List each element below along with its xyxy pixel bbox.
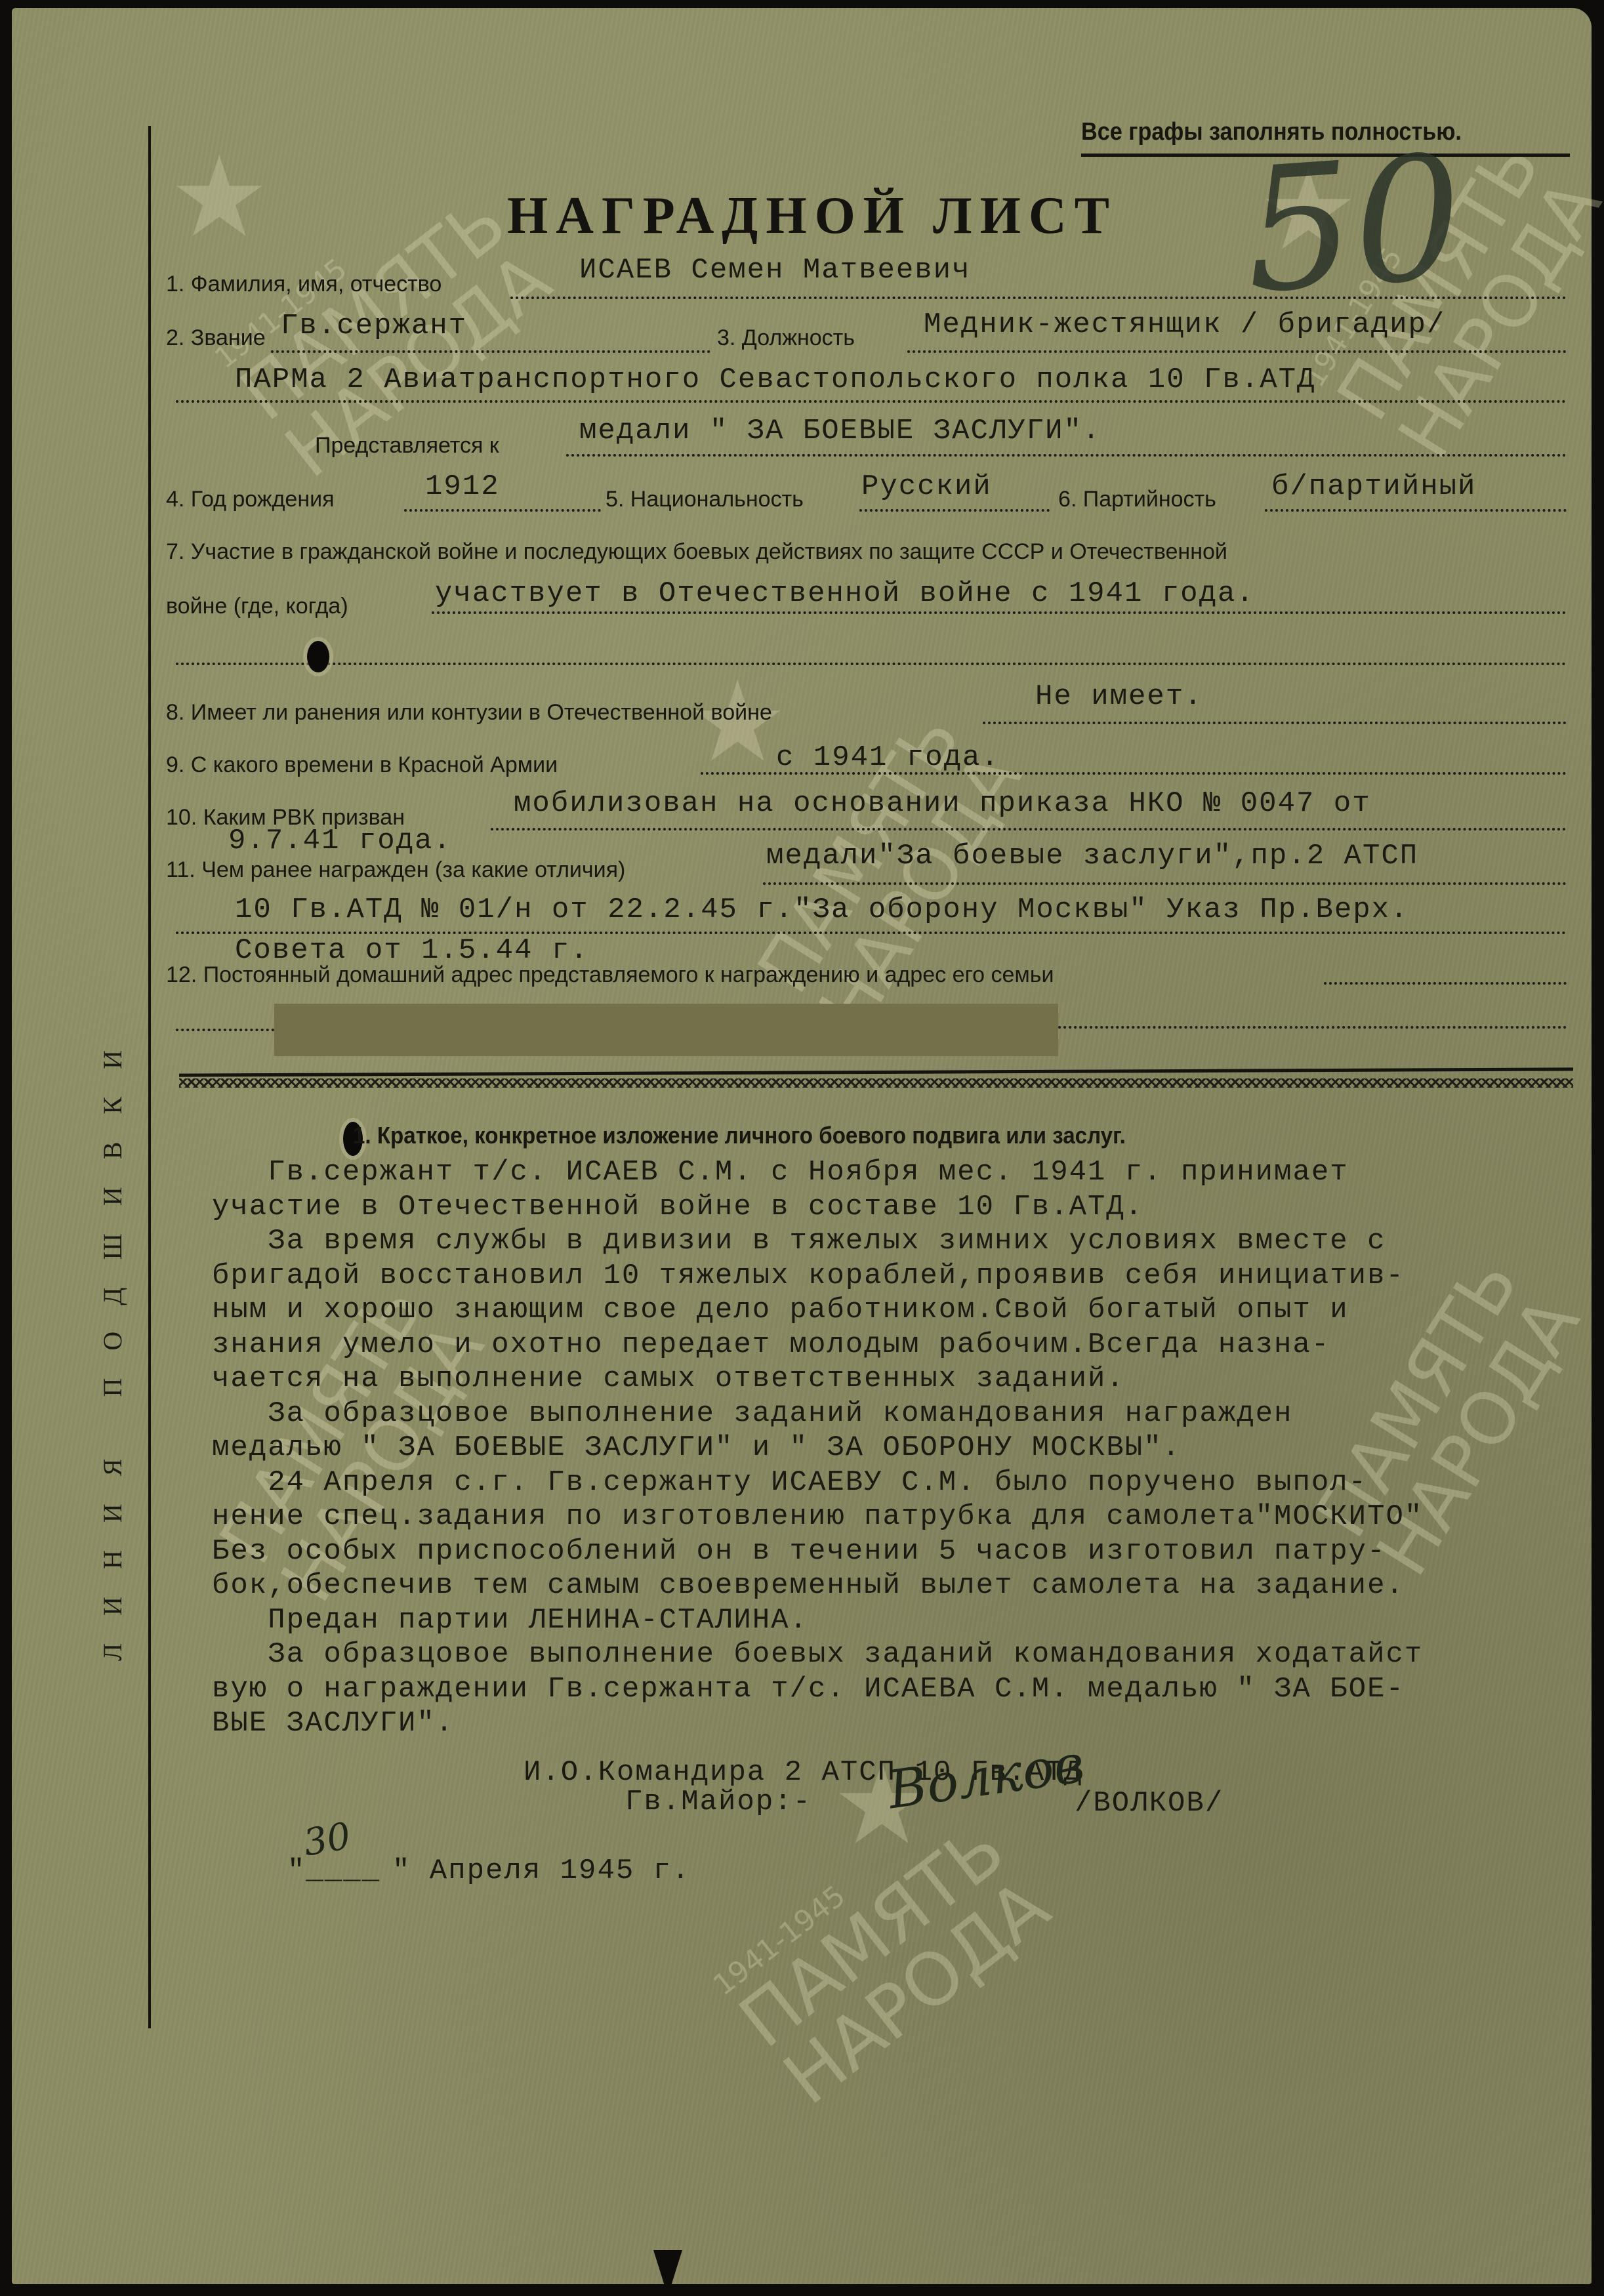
field-name-line bbox=[510, 297, 1567, 299]
field-prior-awards-label: 11. Чем ранее награжден (за какие отличи… bbox=[166, 857, 625, 883]
punch-hole bbox=[307, 641, 329, 672]
page-title: НАГРАДНОЙ ЛИСТ bbox=[507, 186, 1117, 246]
summary-line: 24 Апреля с.г. Гв.сержанту ИСАЕВУ С.М. б… bbox=[212, 1466, 1367, 1499]
field-address-line-2a bbox=[176, 1029, 274, 1031]
summary-line: За время службы в дивизии в тяжелых зимн… bbox=[212, 1225, 1386, 1258]
field-position-line bbox=[907, 350, 1567, 353]
summary-line: ВЫЕ ЗАСЛУГИ". bbox=[212, 1707, 454, 1740]
star-icon: ★ bbox=[169, 133, 269, 262]
signatory-name: /ВОЛКОВ/ bbox=[1075, 1787, 1224, 1820]
field-participation-label: 7. Участие в гражданской войне и последу… bbox=[166, 539, 1227, 565]
field-birth-year-value: 1912 bbox=[425, 470, 500, 503]
summary-line: участие в Отечественной войне в составе … bbox=[212, 1191, 1143, 1223]
field-position-value: Медник-жестянщик / бригадир/ bbox=[924, 308, 1445, 341]
handwritten-number: 50 bbox=[1239, 119, 1469, 331]
summary-line: За образцовое выполнение боевых заданий … bbox=[212, 1638, 1423, 1671]
field-prior-awards-value-cont1: 10 Гв.АТД № 01/н от 22.2.45 г."За оборон… bbox=[235, 893, 1409, 926]
field-position-label: 3. Должность bbox=[717, 325, 855, 351]
summary-line: Предан партии ЛЕНИНА-СТАЛИНА. bbox=[212, 1604, 808, 1637]
field-party-line bbox=[1265, 509, 1567, 512]
summary-line: чается на выполнение самых ответственных… bbox=[212, 1363, 1125, 1395]
paper-tear bbox=[653, 2250, 682, 2296]
field-draft-line bbox=[491, 828, 1567, 830]
summary-line: За образцовое выполнение заданий командо… bbox=[212, 1397, 1292, 1430]
field-prior-awards-value: медали"За боевые заслуги",пр.2 АТСП bbox=[766, 840, 1418, 872]
date-open: "____ bbox=[287, 1855, 380, 1887]
summary-line: Гв.сержант т/с. ИСАЕВ С.М. с Ноября мес.… bbox=[212, 1156, 1349, 1189]
award-sheet-page: ★ 1941-1945 ПАМЯТЬ НАРОДА ★ 1941-1945 ПА… bbox=[12, 8, 1592, 2284]
field-draft-value-cont: 9.7.41 года. bbox=[228, 825, 452, 857]
field-wounds-value: Не имеет. bbox=[1035, 680, 1203, 713]
summary-line: знания умело и охотно передает молодым р… bbox=[212, 1328, 1330, 1361]
field-participation-line-2 bbox=[176, 663, 1567, 665]
field-birth-year-label: 4. Год рождения bbox=[166, 487, 335, 512]
summary-line: бригадой восстановил 10 тяжелых кораблей… bbox=[212, 1260, 1405, 1292]
field-name-value: ИСАЕВ Семен Матвеевич bbox=[579, 254, 971, 287]
date-rest: " Апреля 1945 г. bbox=[392, 1855, 690, 1887]
field-birth-year-line bbox=[404, 509, 601, 512]
field-position-line-2 bbox=[176, 400, 1567, 403]
field-address-label: 12. Постоянный домашний адрес представля… bbox=[166, 962, 1054, 988]
summary-line: бок,обеспечив тем самым своевременный вы… bbox=[212, 1569, 1405, 1602]
field-prior-awards-line bbox=[763, 882, 1567, 885]
field-nationality-label: 5. Национальность bbox=[606, 487, 804, 512]
field-rank-label: 2. Звание bbox=[166, 325, 266, 351]
field-position-value-cont: ПАРМа 2 Авиатранспортного Севастопольско… bbox=[235, 363, 1315, 396]
ornamental-divider bbox=[179, 1078, 1573, 1088]
redacted-address bbox=[274, 1004, 1058, 1056]
summary-line: нение спец.задания по изготовлению патру… bbox=[212, 1500, 1423, 1533]
field-nominated-label: Представляется к bbox=[315, 433, 499, 459]
field-nominated-value: медали " ЗА БОЕВЫЕ ЗАСЛУГИ". bbox=[579, 415, 1101, 447]
field-address-line-2b bbox=[1058, 1026, 1567, 1029]
summary-line: медалью " ЗА БОЕВЫЕ ЗАСЛУГИ" и " ЗА ОБОР… bbox=[212, 1431, 1181, 1464]
field-address-line bbox=[1324, 982, 1567, 985]
field-participation-value: участвует в Отечественной войне с 1941 г… bbox=[435, 577, 1255, 610]
summary-heading: 1. Краткое, конкретное изложение личного… bbox=[353, 1122, 1126, 1149]
field-nominated-line bbox=[566, 454, 1567, 457]
field-draft-value: мобилизован на основании приказа НКО № 0… bbox=[514, 787, 1371, 820]
field-rank-value: Гв.сержант bbox=[281, 310, 467, 342]
field-wounds-line bbox=[983, 722, 1567, 724]
binding-line-label: ЛИНИЯ ПОДШИВКИ bbox=[97, 1023, 128, 1661]
field-party-value: б/партийный bbox=[1271, 470, 1476, 503]
summary-line: Без особых приспособлений он в течении 5… bbox=[212, 1535, 1386, 1568]
field-participation-label-2: войне (где, когда) bbox=[166, 594, 348, 619]
field-army-since-value: с 1941 года. bbox=[776, 741, 1000, 774]
field-wounds-label: 8. Имеет ли ранения или контузии в Отече… bbox=[166, 700, 772, 726]
binding-line bbox=[148, 126, 151, 2028]
field-rank-line bbox=[271, 350, 710, 353]
signatory-rank: Гв.Майор:- bbox=[625, 1786, 812, 1818]
section-divider bbox=[179, 1067, 1573, 1076]
field-name-label: 1. Фамилия, имя, отчество bbox=[166, 272, 442, 297]
field-nationality-line bbox=[859, 509, 1050, 512]
field-participation-line bbox=[432, 611, 1567, 614]
summary-line: вую о награждении Гв.сержанта т/с. ИСАЕВ… bbox=[212, 1673, 1405, 1706]
summary-line: ным и хорошо знающим свое дело работнико… bbox=[212, 1294, 1349, 1326]
field-nationality-value: Русский bbox=[861, 470, 992, 503]
field-army-since-label: 9. С какого времени в Красной Армии bbox=[166, 752, 558, 778]
field-party-label: 6. Партийность bbox=[1058, 487, 1216, 512]
